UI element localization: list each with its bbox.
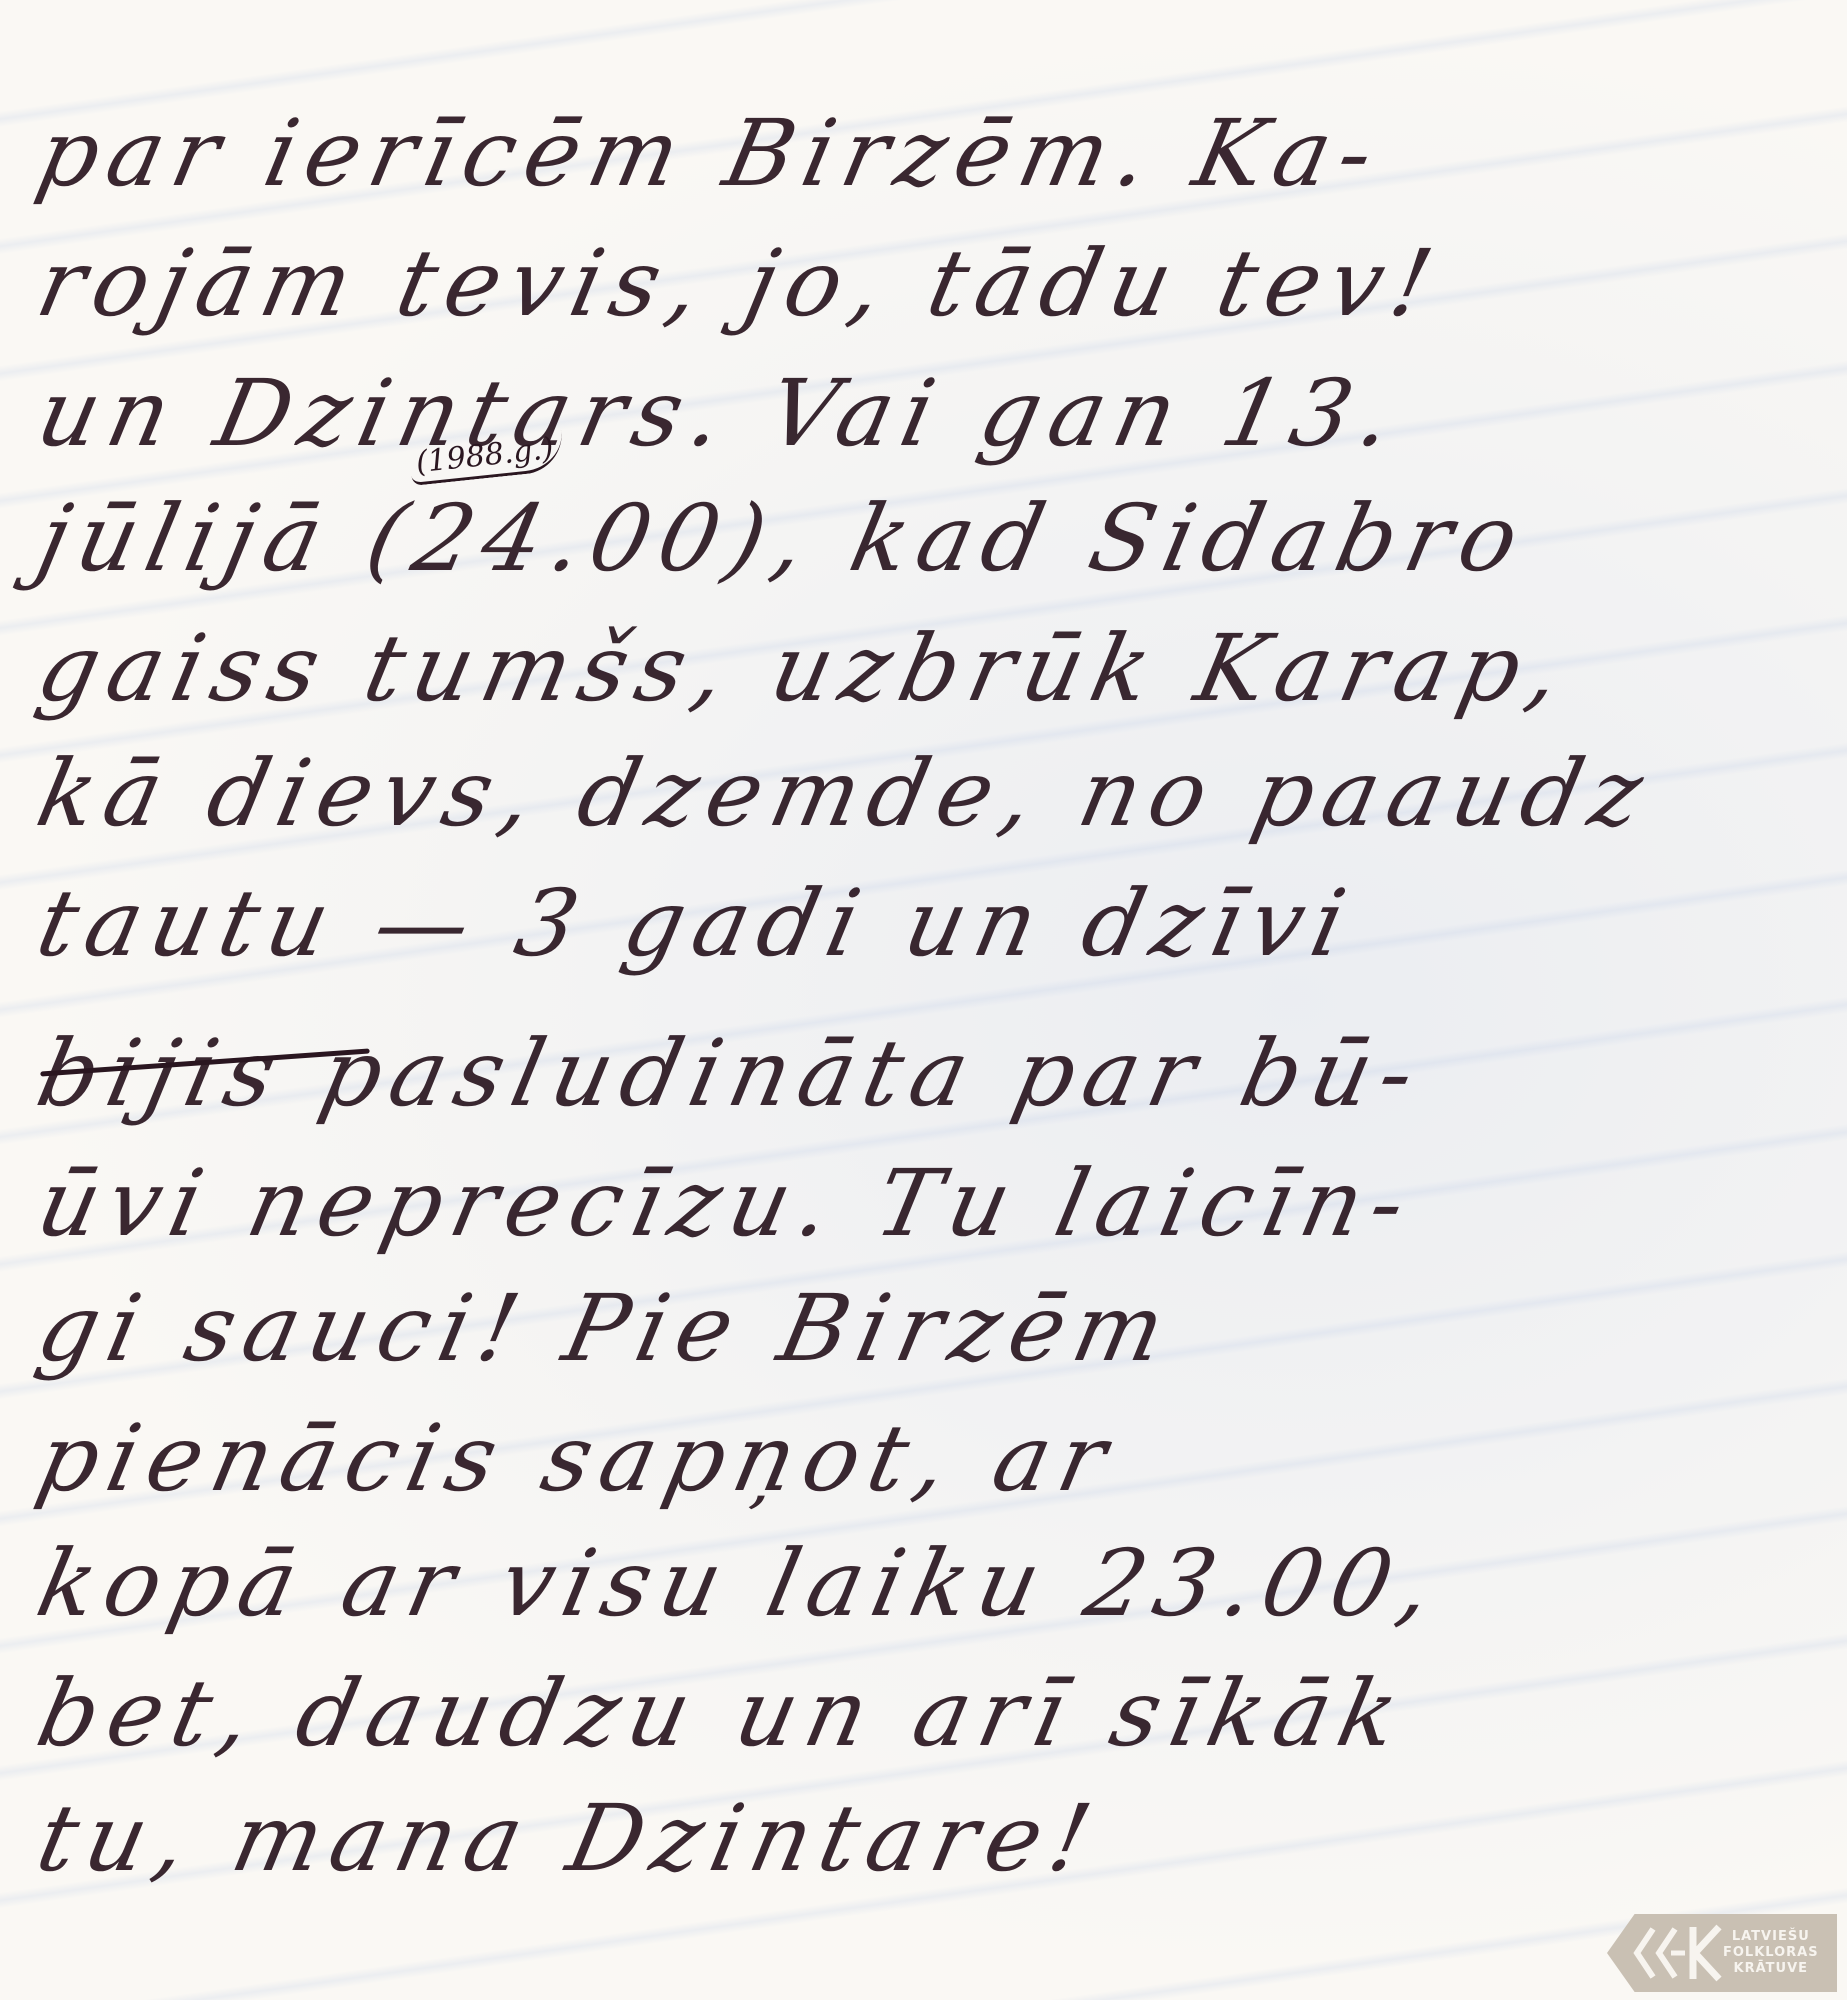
logo-line-3: KRĀTUVE (1723, 1961, 1819, 1977)
text-line: pienācis sapņot, ar (29, 1405, 1126, 1512)
logo-line-1: LATVIEŠU (1723, 1929, 1819, 1945)
text-line: rojām tevis, jo, tādu tev! (29, 230, 1451, 337)
text-line: par ierīcēm Birzēm. Ka- (29, 100, 1393, 207)
text-line: kopā ar visu laiku 23.00, (29, 1530, 1452, 1637)
text-line: un Dzintars. Vai gan 13. (29, 360, 1412, 467)
text-line: kā dievs, dzemde, no paaudz (29, 740, 1662, 847)
text-line: bijis pasludināta par bū- (29, 1020, 1434, 1127)
text-line: gi sauci! Pie Birzēm (29, 1275, 1184, 1382)
text-line: gaiss tumšs, uzbrūk Karap, (29, 615, 1580, 722)
text-line: tu, mana Dzintare! (29, 1785, 1110, 1892)
text-line: ūvi neprecīzu. Tu laicīn- (29, 1150, 1425, 1257)
text-line: bet, daudzu un arī sīkāk (29, 1660, 1418, 1767)
logo-line-2: FOLKLORAS (1723, 1945, 1819, 1961)
lfk-logo-icon (1631, 1923, 1723, 1983)
text-line: jūlijā (24.00), kad Sidabro (29, 485, 1538, 592)
text-line: tautu — 3 gadi un dzīvi (29, 870, 1365, 977)
archive-logo: LATVIEŠU FOLKLORAS KRĀTUVE (1607, 1914, 1837, 1992)
logo-text: LATVIEŠU FOLKLORAS KRĀTUVE (1723, 1929, 1819, 1977)
